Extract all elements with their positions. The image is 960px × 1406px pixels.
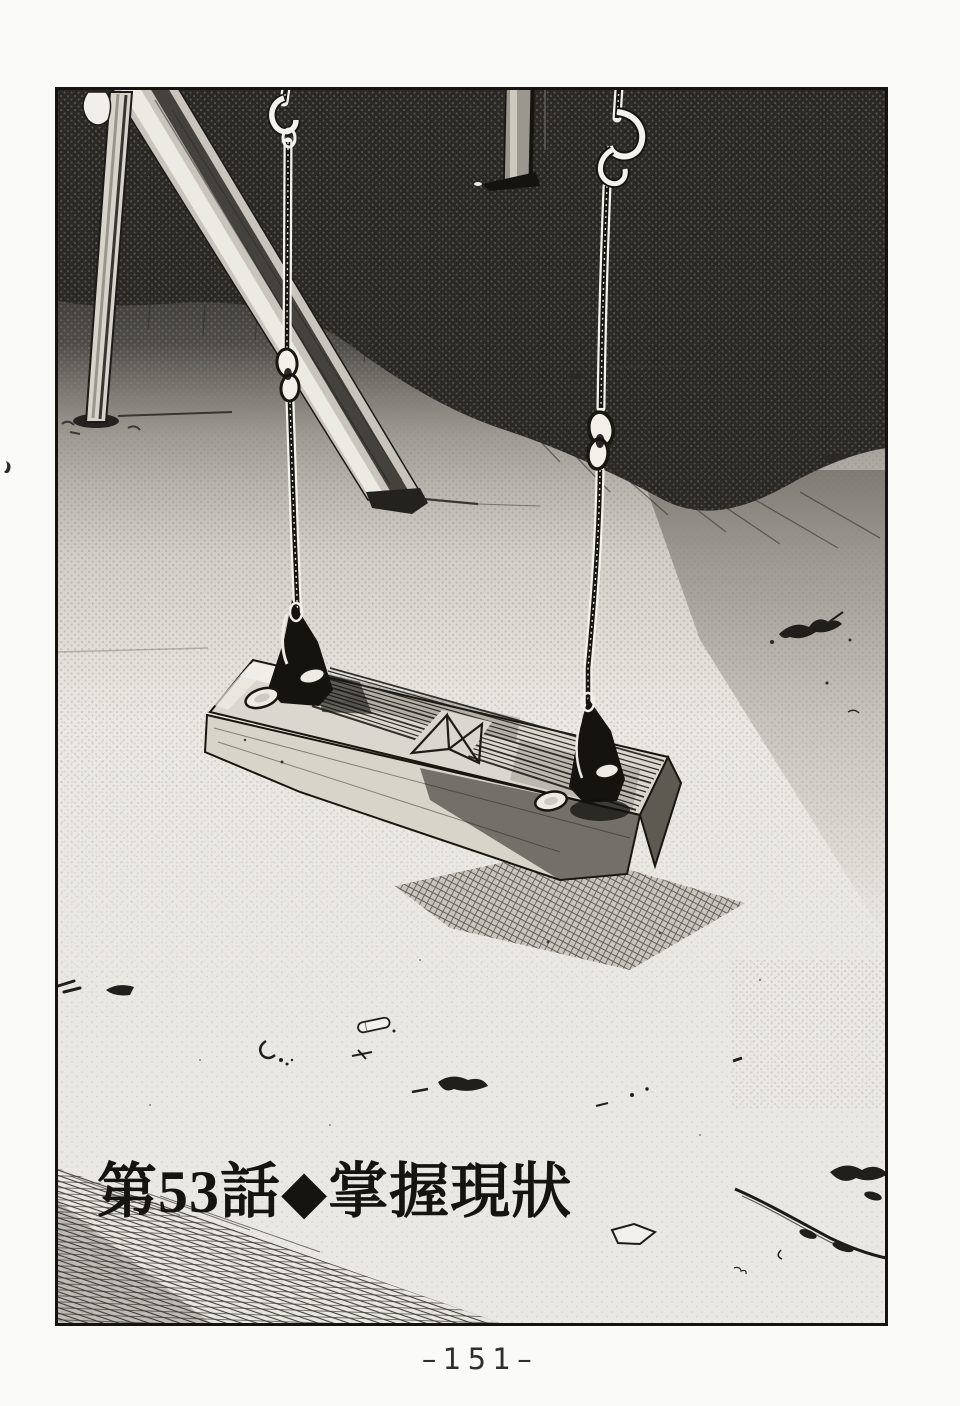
- post-top-cap: [83, 92, 111, 125]
- margin-speck: [4, 461, 11, 473]
- screentone-corner: [730, 960, 887, 1110]
- page-number: –151–: [422, 1342, 538, 1376]
- manga-page: 第53話◆掌握現狀 –151–: [0, 0, 960, 1406]
- chapter-title: 第53話◆掌握現狀: [97, 1160, 572, 1225]
